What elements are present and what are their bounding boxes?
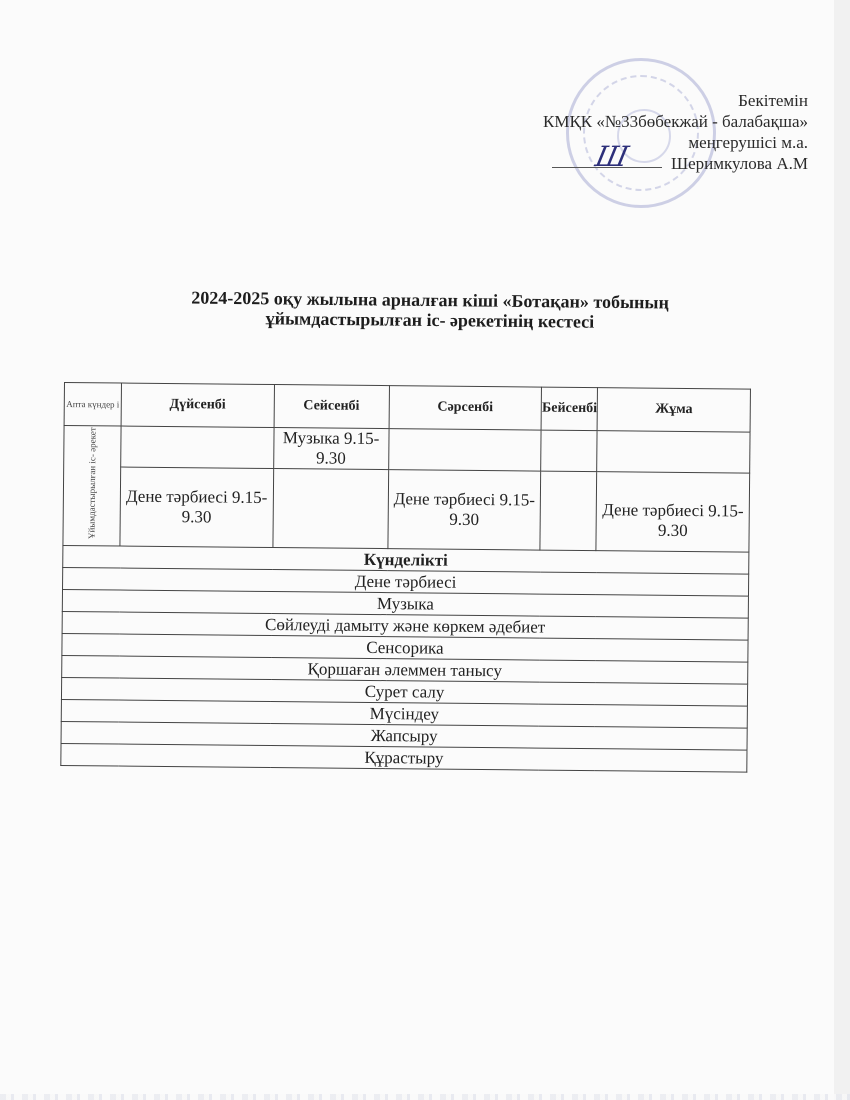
- cell: [121, 426, 274, 468]
- approval-block: Бекітемін КМҚК «№33бөбекжай - балабақша»…: [543, 90, 808, 174]
- page-title: 2024-2025 оқу жылына арналған кіші «Бота…: [150, 287, 710, 333]
- scan-edge: [834, 0, 850, 1100]
- cell: [541, 430, 597, 472]
- approval-line-2: КМҚК «№33бөбекжай - балабақша»: [543, 111, 808, 132]
- scan-noise: [0, 1094, 850, 1100]
- corner-header: Апта күндер і: [64, 383, 121, 427]
- header-row: Апта күндер і Дүйсенбі Сейсенбі Сәрсенбі…: [64, 383, 750, 433]
- cell: Дене тәрбиесі 9.15-9.30: [388, 470, 541, 550]
- cell: [597, 431, 750, 473]
- approval-line-3: меңгерушісі м.а.: [543, 132, 808, 153]
- row-label: Ұйымдастырылған іс- әрекет: [63, 426, 121, 547]
- approval-line-4: Шеримкулова А.М: [543, 153, 808, 174]
- day-thursday: Бейсенбі: [541, 387, 598, 431]
- day-monday: Дүйсенбі: [121, 383, 274, 427]
- cell: Дене тәрбиесі 9.15-9.30: [120, 467, 273, 547]
- cell: Дене тәрбиесі 9.15-9.30: [596, 472, 749, 552]
- cell: [540, 471, 597, 551]
- day-wednesday: Сәрсенбі: [389, 386, 542, 430]
- table-row: Дене тәрбиесі 9.15-9.30 Дене тәрбиесі 9.…: [63, 467, 750, 553]
- day-friday: Жұма: [597, 388, 750, 432]
- table-row: Ұйымдастырылған іс- әрекет Музыка 9.15-9…: [64, 426, 750, 474]
- cell: [273, 469, 389, 549]
- day-tuesday: Сейсенбі: [274, 385, 389, 429]
- cell: [388, 429, 541, 471]
- approval-line-1: Бекітемін: [543, 90, 808, 111]
- schedule-table: Апта күндер і Дүйсенбі Сейсенбі Сәрсенбі…: [60, 382, 751, 773]
- cell: Музыка 9.15-9.30: [273, 428, 388, 470]
